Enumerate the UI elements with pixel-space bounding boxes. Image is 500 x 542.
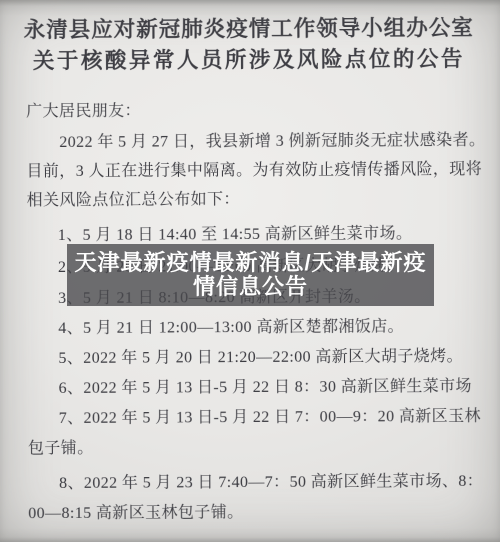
risk-point-line-7: 7、2022 年 5 月 13 日-5 月 22 日 7：00—9：20 高新区… [28,407,500,430]
risk-point-line-8: 8、2022 年 5 月 23 日 7:40—7：50 高新区鲜生菜市场、8： [28,472,500,495]
risk-point-line-6: 6、2022 年 5 月 13 日-5 月 22 日 8：30 高新区鲜生菜市场 [28,377,500,400]
risk-point-line-5: 5、2022 年 5 月 20 日 21:20—22:00 高新区大胡子烧烤。 [27,347,500,370]
risk-point-line-4: 4、5 月 21 日 12:00—13:00 高新区楚都湘饭店。 [27,317,500,340]
intro-line-3: 相关风险点位汇总公布如下： [27,189,487,211]
risk-point-line-1: 1、5 月 18 日 14:40 至 14:55 高新区鲜生菜市场。 [27,224,500,247]
news-title-overlay-line1: 天津最新疫情最新消息/天津最新疫 [74,251,426,276]
intro-line-1: 2022 年 5 月 27 日，我县新增 3 例新冠肺炎无症状感染者。 [26,131,500,154]
risk-point-line-7-continuation: 包子铺。 [28,437,488,459]
document-photo: 永清县应对新冠肺炎疫情工作领导小组办公室 关于核酸异常人员所涉及风险点位的公告 … [0,0,500,542]
news-title-overlay-band: 天津最新疫情最新消息/天津最新疫 情信息公告 [67,244,434,306]
notice-title-line2: 关于核酸异常人员所涉及风险点位的公告 [0,44,499,78]
notice-title-line1: 永清县应对新冠肺炎疫情工作领导小组办公室 [0,13,499,47]
greeting-line: 广大居民朋友： [26,100,486,122]
news-title-overlay-line2: 情信息公告 [193,275,308,300]
notice-title: 永清县应对新冠肺炎疫情工作领导小组办公室 关于核酸异常人员所涉及风险点位的公告 [0,13,499,78]
intro-line-2: 目前，3 人正在进行集中隔离。为有效防止疫情传播风险，现将 [26,160,486,182]
risk-point-line-8-continuation: 00—8:15 高新区玉林包子铺。 [28,502,488,524]
